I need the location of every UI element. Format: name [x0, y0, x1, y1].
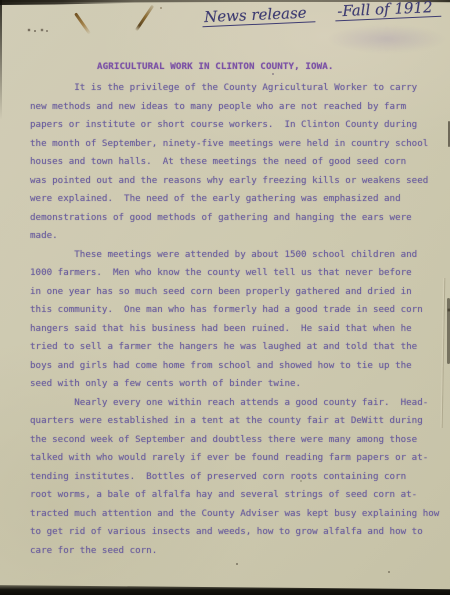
handwritten-annotation: News release -Fall of 1912 — [202, 0, 441, 26]
scanned-document-page: News release -Fall of 1912 AGRICULTURAL … — [0, 0, 450, 595]
annotation-date: -Fall of 1912 — [335, 0, 441, 21]
paper-crease — [442, 278, 446, 428]
scan-edge-left — [0, 0, 2, 120]
document-title: AGRICULTURAL WORK IN CLINTON COUNTY, IOW… — [97, 61, 334, 72]
document-body: It is the privilege of the County Agricu… — [30, 79, 442, 560]
scan-edge-bottom — [0, 583, 450, 595]
annotation-news-release: News release — [202, 3, 315, 27]
rust-mark-right — [135, 5, 154, 32]
ink-smudge — [328, 25, 446, 53]
paper-speckles — [0, 0, 2, 2]
rust-mark-left — [74, 12, 91, 34]
